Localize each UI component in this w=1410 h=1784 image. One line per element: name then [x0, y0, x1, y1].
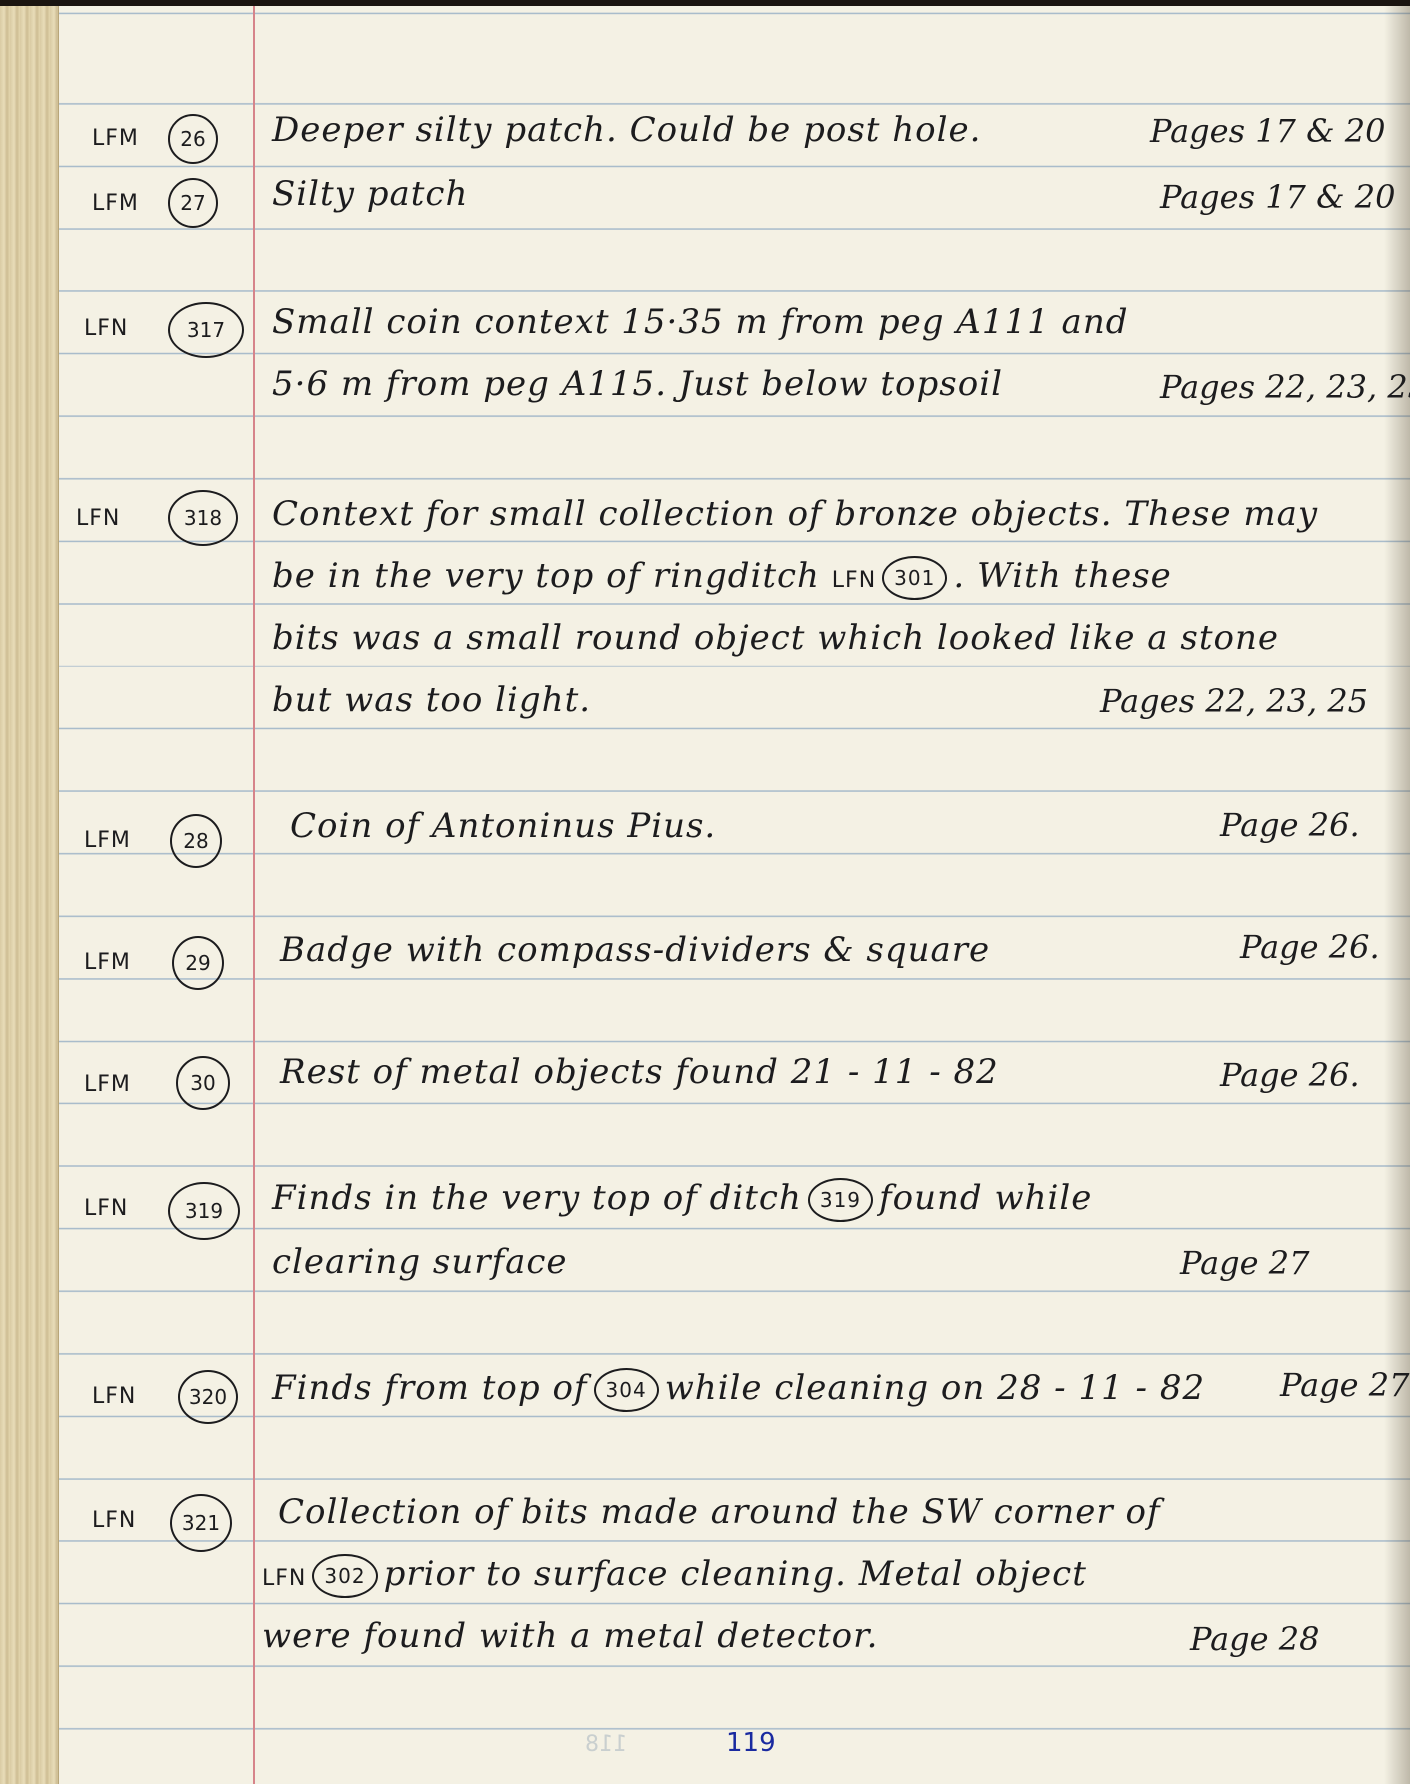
entry-number-circle: 321: [170, 1494, 232, 1552]
inline-ref-circle: 302: [312, 1554, 377, 1598]
entry-prefix: LFM: [92, 126, 139, 151]
page-reference: Page 26.: [1220, 1056, 1360, 1094]
entry-number-circle: 318: [168, 490, 238, 546]
entry-text-line: Collection of bits made around the SW co…: [278, 1492, 1161, 1532]
entry-text: Coin of Antoninus Pius.: [290, 806, 716, 846]
entry-prefix: LFM: [84, 828, 131, 853]
entry-text-line: clearing surface: [272, 1242, 568, 1282]
entry-text: Rest of metal objects found 21 - 11 - 82: [280, 1052, 999, 1092]
entry-number-circle: 30: [176, 1056, 230, 1110]
notebook-page: LFM 26 Deeper silty patch. Could be post…: [0, 6, 1410, 1784]
entry-number-circle: 26: [168, 114, 218, 164]
inline-ref-circle: 304: [594, 1368, 659, 1412]
entry-prefix: LFN: [84, 1196, 128, 1221]
page-reference: Pages 17 & 20: [1160, 178, 1395, 216]
entry-text-line: Small coin context 15·35 m from peg A111…: [272, 302, 1128, 342]
margin-line: [253, 6, 255, 1784]
entry-text-line: be in the very top of ringditch LFN301. …: [272, 556, 1172, 600]
entry-number-circle: 317: [168, 302, 244, 358]
inline-ref-prefix: LFN: [832, 568, 876, 593]
entry-number-circle: 319: [168, 1182, 240, 1240]
page-reference: Page 26.: [1240, 928, 1380, 966]
entry-prefix: LFN: [92, 1508, 136, 1533]
entry-number-circle: 320: [178, 1370, 238, 1424]
entry-number-circle: 29: [172, 936, 224, 990]
inline-ref-prefix: LFN: [262, 1566, 306, 1591]
entry-text-line: bits was a small round object which look…: [272, 618, 1279, 658]
page-number: 119: [726, 1728, 776, 1758]
entry-prefix: LFM: [84, 1072, 131, 1097]
page-stack-edges: [0, 6, 59, 1784]
entry-prefix: LFM: [92, 191, 139, 216]
entry-text-line: were found with a metal detector.: [262, 1616, 878, 1656]
entry-prefix: LFN: [92, 1384, 136, 1409]
entry-text-line: Finds from top of304while cleaning on 28…: [272, 1368, 1205, 1412]
page-reference: Pages 17 & 20: [1150, 112, 1385, 150]
entry-text-line: LFN302prior to surface cleaning. Metal o…: [262, 1554, 1087, 1598]
entry-prefix: LFM: [84, 950, 131, 975]
page-reference: Pages 22, 23, 25: [1160, 368, 1410, 406]
page-reference: Page 27.: [1280, 1366, 1410, 1404]
entry-prefix: LFN: [76, 506, 120, 531]
page-reference: Page 27: [1180, 1244, 1309, 1282]
inline-ref-circle: 319: [808, 1178, 873, 1222]
entry-text-line: 5·6 m from peg A115. Just below topsoil: [272, 364, 1003, 404]
entry-text-line: Context for small collection of bronze o…: [272, 494, 1318, 534]
entry-text-line: but was too light.: [272, 680, 591, 720]
binding-shadow: [1384, 6, 1410, 1784]
entry-number-circle: 27: [168, 178, 218, 228]
page-reference: Page 28: [1190, 1620, 1319, 1658]
entry-text: Silty patch: [272, 174, 468, 214]
entry-prefix: LFN: [84, 316, 128, 341]
entry-text: Deeper silty patch. Could be post hole.: [272, 110, 981, 150]
entry-text-line: Finds in the very top of ditch319found w…: [272, 1178, 1092, 1222]
entry-text: Badge with compass-dividers & square: [280, 930, 990, 970]
page-reference: Pages 22, 23, 25: [1100, 682, 1368, 720]
inline-ref-circle: 301: [882, 556, 947, 600]
page-reference: Page 26.: [1220, 806, 1360, 844]
entry-number-circle: 28: [170, 814, 222, 868]
bleed-through-page-number: 118: [585, 1732, 627, 1757]
